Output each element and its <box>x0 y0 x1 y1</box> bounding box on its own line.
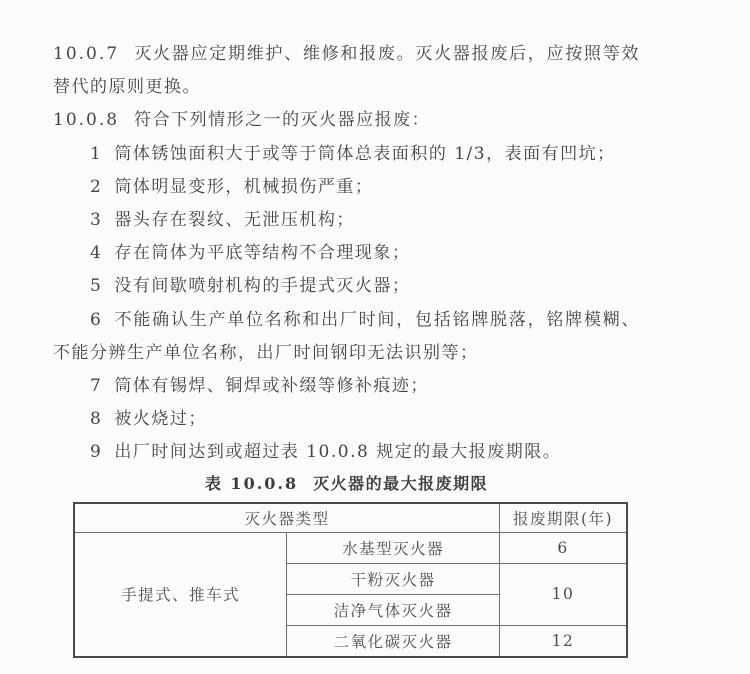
table-caption: 表 10.0.8灭火器的最大报废期限 <box>53 473 640 495</box>
item-text: 出厂时间达到或超过表 10.0.8 规定的最大报废期限。 <box>114 442 561 462</box>
item-text: 筒体明显变形，机械损伤严重； <box>114 177 373 197</box>
item-number: 7 <box>90 376 102 396</box>
section-text: 符合下列情形之一的灭火器应报废： <box>134 110 430 130</box>
list-item-7: 7筒体有锡焊、铜焊或补缀等修补痕迹； <box>53 370 640 403</box>
item-number: 1 <box>90 144 102 164</box>
document-content: 10.0.7灭火器应定期维护、维修和报废。灭火器报废后，应按照等效替代的原则更换… <box>0 0 750 658</box>
item-number: 5 <box>90 276 102 296</box>
list-item-3: 3器头存在裂纹、无泄压机构； <box>53 204 640 237</box>
item-number: 8 <box>90 409 102 429</box>
section-paragraph-10-0-8: 10.0.8符合下列情形之一的灭火器应报废： <box>53 104 640 137</box>
item-text: 存在筒体为平底等结构不合理现象； <box>114 243 410 263</box>
list-item-5: 5没有间歇喷射机构的手提式灭火器； <box>53 270 640 303</box>
list-item-9: 9出厂时间达到或超过表 10.0.8 规定的最大报废期限。 <box>53 436 640 469</box>
table-caption-number: 表 10.0.8 <box>205 474 298 493</box>
type-cell: 洁净气体灭火器 <box>287 594 500 625</box>
section-number: 10.0.7 <box>53 44 119 64</box>
list-item-1: 1筒体锈蚀面积大于或等于筒体总表面积的 1/3，表面有凹坑； <box>53 138 640 171</box>
item-text: 没有间歇喷射机构的手提式灭火器； <box>114 276 410 296</box>
list-item-6: 6不能确认生产单位名称和出厂时间，包括铭牌脱落，铭牌模糊、不能分辨生产单位名称，… <box>53 304 640 370</box>
item-text: 筒体有锡焊、铜焊或补缀等修补痕迹； <box>114 376 429 396</box>
section-number: 10.0.8 <box>53 110 119 130</box>
item-text: 被火烧过； <box>114 409 207 429</box>
item-number: 3 <box>90 210 102 230</box>
header-period-cell: 报废期限(年) <box>500 503 628 533</box>
item-text: 不能确认生产单位名称和出厂时间，包括铭牌脱落，铭牌模糊、不能分辨生产单位名称，出… <box>53 310 640 363</box>
period-cell: 10 <box>500 563 628 625</box>
table-header-row: 灭火器类型 报废期限(年) <box>74 503 627 533</box>
list-item-4: 4存在筒体为平底等结构不合理现象； <box>53 237 640 270</box>
item-text: 器头存在裂纹、无泄压机构； <box>114 210 355 230</box>
type-cell: 二氧化碳灭火器 <box>287 625 500 657</box>
item-number: 2 <box>90 177 102 197</box>
period-cell: 6 <box>500 532 628 563</box>
period-cell: 12 <box>500 625 628 657</box>
list-item-8: 8被火烧过； <box>53 403 640 436</box>
item-number: 9 <box>90 442 102 462</box>
section-paragraph-10-0-7: 10.0.7灭火器应定期维护、维修和报废。灭火器报废后，应按照等效替代的原则更换… <box>53 38 640 104</box>
table-row: 手提式、推车式 水基型灭火器 6 <box>74 532 627 563</box>
list-item-2: 2筒体明显变形，机械损伤严重； <box>53 171 640 204</box>
type-cell: 干粉灭火器 <box>287 563 500 594</box>
item-number: 4 <box>90 243 102 263</box>
item-text: 筒体锈蚀面积大于或等于筒体总表面积的 1/3，表面有凹坑； <box>114 144 615 164</box>
extinguisher-scrap-period-table: 灭火器类型 报废期限(年) 手提式、推车式 水基型灭火器 6 干粉灭火器 10 … <box>73 502 628 658</box>
section-text: 灭火器应定期维护、维修和报废。灭火器报废后，应按照等效替代的原则更换。 <box>53 44 640 97</box>
table-caption-title: 灭火器的最大报废期限 <box>313 474 488 493</box>
type-cell: 水基型灭火器 <box>287 532 500 563</box>
group-cell: 手提式、推车式 <box>74 532 287 657</box>
item-number: 6 <box>90 310 102 330</box>
document-page: 10.0.7灭火器应定期维护、维修和报废。灭火器报废后，应按照等效替代的原则更换… <box>0 0 750 674</box>
header-type-cell: 灭火器类型 <box>74 503 500 533</box>
